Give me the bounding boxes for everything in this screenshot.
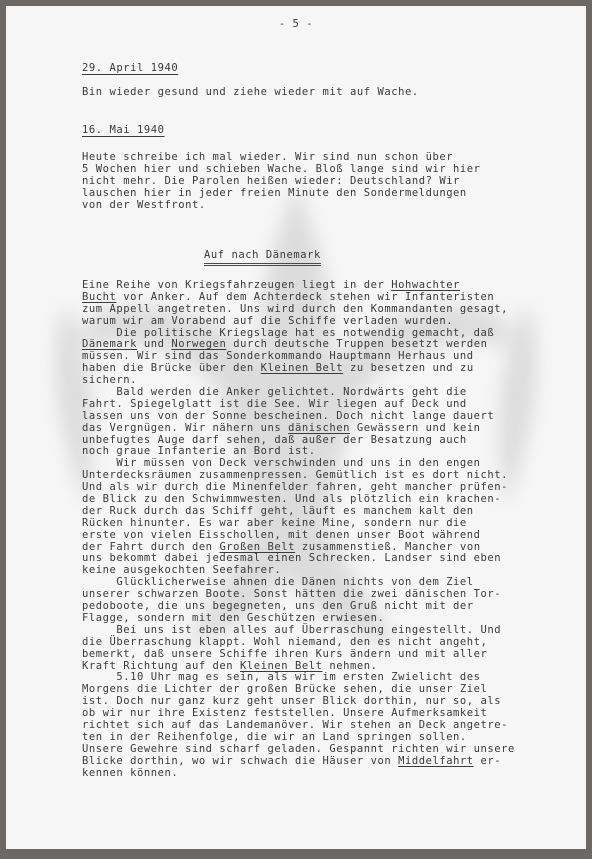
text-segment: bemerkt, daß unsere Schiffe ihren Kurs ä…: [82, 648, 487, 660]
section-title: Auf nach Dänemark: [204, 249, 321, 266]
text-segment: Eine Reihe von Kriegsfahrzeugen liegt in…: [82, 279, 391, 291]
text-segment: zu besetzen und zu: [343, 362, 474, 374]
text-segment: zum Appell angetreten. Uns wird durch de…: [82, 303, 508, 315]
underlined-place-name: dänischen: [288, 422, 350, 434]
text-segment: Wir müssen von Deck verschwinden und uns…: [82, 457, 481, 469]
text-segment: lauschen hier in jeder freien Minute den…: [82, 187, 467, 199]
text-segment: er-: [474, 755, 502, 767]
text-segment: sichern.: [82, 374, 137, 386]
underlined-place-name: Bucht: [82, 291, 116, 303]
text-segment: ten in der Reihenfolge, die wir an Land …: [82, 731, 467, 743]
underlined-place-name: Dänemark: [82, 338, 137, 350]
text-segment: Bald werden die Anker gelichtet. Nordwär…: [82, 386, 467, 398]
text-segment: das Vergnügen. Wir nähern uns: [82, 422, 288, 434]
text-segment: pedoboote, die uns begegneten, uns den G…: [82, 600, 474, 612]
text-segment: Die politische Kriegslage hat es notwend…: [82, 327, 494, 339]
text-segment: Flagge, sondern mit den Geschützen erwie…: [82, 612, 384, 624]
text-segment: nehmen.: [323, 660, 378, 672]
text-segment: uns bekommt dabei jedesmal einen Schreck…: [82, 552, 501, 564]
text-segment: Kraft Richtung auf den: [82, 660, 240, 672]
text-segment: der Fahrt durch den: [82, 541, 219, 553]
text-segment: de Blick zu den Schwimmwesten. Und als p…: [82, 493, 501, 505]
text-segment: Morgens die Lichter der großen Brücke se…: [82, 683, 487, 695]
text-segment: der Ruck durch das Schiff geht, läuft es…: [82, 505, 474, 517]
text-segment: warum wir am Vorabend auf die Schiffe ve…: [82, 315, 453, 327]
text-segment: erste von vielen Eisschollen, mit denen …: [82, 529, 481, 541]
text-segment: ist. Doch nur ganz kurz geht unser Blick…: [82, 695, 501, 707]
document-content: - 5 - 29. April 1940 Bin wieder gesund u…: [6, 6, 586, 849]
text-segment: unserer schwarzen Boote. Sonst hätten di…: [82, 588, 501, 600]
text-segment: durch deutsche Truppen besetzt werden: [226, 338, 487, 350]
text-segment: noch graue Infanterie an Bord ist.: [82, 445, 316, 457]
text-segment: kennen können.: [82, 767, 178, 779]
text-line: haben die Brücke über den Kleinen Belt z…: [82, 363, 582, 375]
entry-date-heading: 16. Mai 1940: [82, 124, 164, 136]
document-page: - 5 - 29. April 1940 Bin wieder gesund u…: [6, 6, 586, 849]
text-segment: Gewässern und kein: [350, 422, 481, 434]
page-number: - 5 -: [6, 18, 586, 30]
entry-date-heading: 29. April 1940: [82, 62, 178, 74]
text-segment: Glücklicherweise ahnen die Dänen nichts …: [82, 576, 474, 588]
text-segment: Heute schreibe ich mal wieder. Wir sind …: [82, 151, 453, 163]
text-segment: müssen. Wir sind das Sonderkommando Haup…: [82, 350, 474, 362]
text-segment: Bin wieder gesund und ziehe wieder mit a…: [82, 86, 419, 98]
text-segment: Fahrt. Spiegelglatt ist die See. Wir lie…: [82, 398, 467, 410]
text-segment: Blicke dorthin, wo wir schwach die Häuse…: [82, 755, 398, 767]
text-segment: ob wir nur ihre Existenz feststellen. Un…: [82, 707, 487, 719]
text-segment: Rücken hinunter. Es war aber keine Mine,…: [82, 517, 467, 529]
underlined-place-name: Middelfahrt: [398, 755, 474, 767]
text-line: kennen können.: [82, 768, 582, 780]
underlined-place-name: Norwegen: [171, 338, 226, 350]
text-segment: lassen uns von der Sonne bescheinen. Doc…: [82, 410, 494, 422]
text-segment: Und als wir durch die Minenfelder fahren…: [82, 481, 508, 493]
underlined-place-name: Kleinen Belt: [240, 660, 322, 672]
text-segment: vor Anker. Auf dem Achterdeck stehen wir…: [116, 291, 494, 303]
text-segment: 5.10 Uhr mag es sein, als wir im ersten …: [82, 671, 481, 683]
section-body: Eine Reihe von Kriegsfahrzeugen liegt in…: [82, 280, 582, 779]
text-segment: nicht mehr. Die Parolen heißen wieder: D…: [82, 175, 460, 187]
text-segment: unbefugtes Auge darf sehen, daß außer de…: [82, 434, 467, 446]
text-line: Bin wieder gesund und ziehe wieder mit a…: [82, 87, 582, 99]
text-segment: 5 Wochen hier und schieben Wache. Bloß l…: [82, 163, 481, 175]
text-segment: keine ausgekochten Seefahrer.: [82, 564, 281, 576]
text-segment: richtet sich auf das Landemanöver. Wir s…: [82, 719, 508, 731]
text-line: von der Westfront.: [82, 200, 582, 212]
text-segment: und: [137, 338, 171, 350]
text-segment: zusammenstieß. Mancher von: [295, 541, 481, 553]
text-segment: Unterdecksräumen zusammenpressen. Gemütl…: [82, 469, 508, 481]
text-segment: von der Westfront.: [82, 199, 206, 211]
underlined-place-name: Großen Belt: [219, 541, 295, 553]
entry-body: Heute schreibe ich mal wieder. Wir sind …: [82, 152, 582, 211]
text-segment: Bei uns ist eben alles auf Überraschung …: [82, 624, 501, 636]
text-segment: Unsere Gewehre sind scharf geladen. Gesp…: [82, 743, 515, 755]
text-segment: haben die Brücke über den: [82, 362, 261, 374]
underlined-place-name: Kleinen Belt: [261, 362, 343, 374]
underlined-place-name: Hohwachter: [391, 279, 460, 291]
text-segment: die Überraschung klappt. Wohl niemand, d…: [82, 636, 487, 648]
entry-body: Bin wieder gesund und ziehe wieder mit a…: [82, 87, 582, 99]
